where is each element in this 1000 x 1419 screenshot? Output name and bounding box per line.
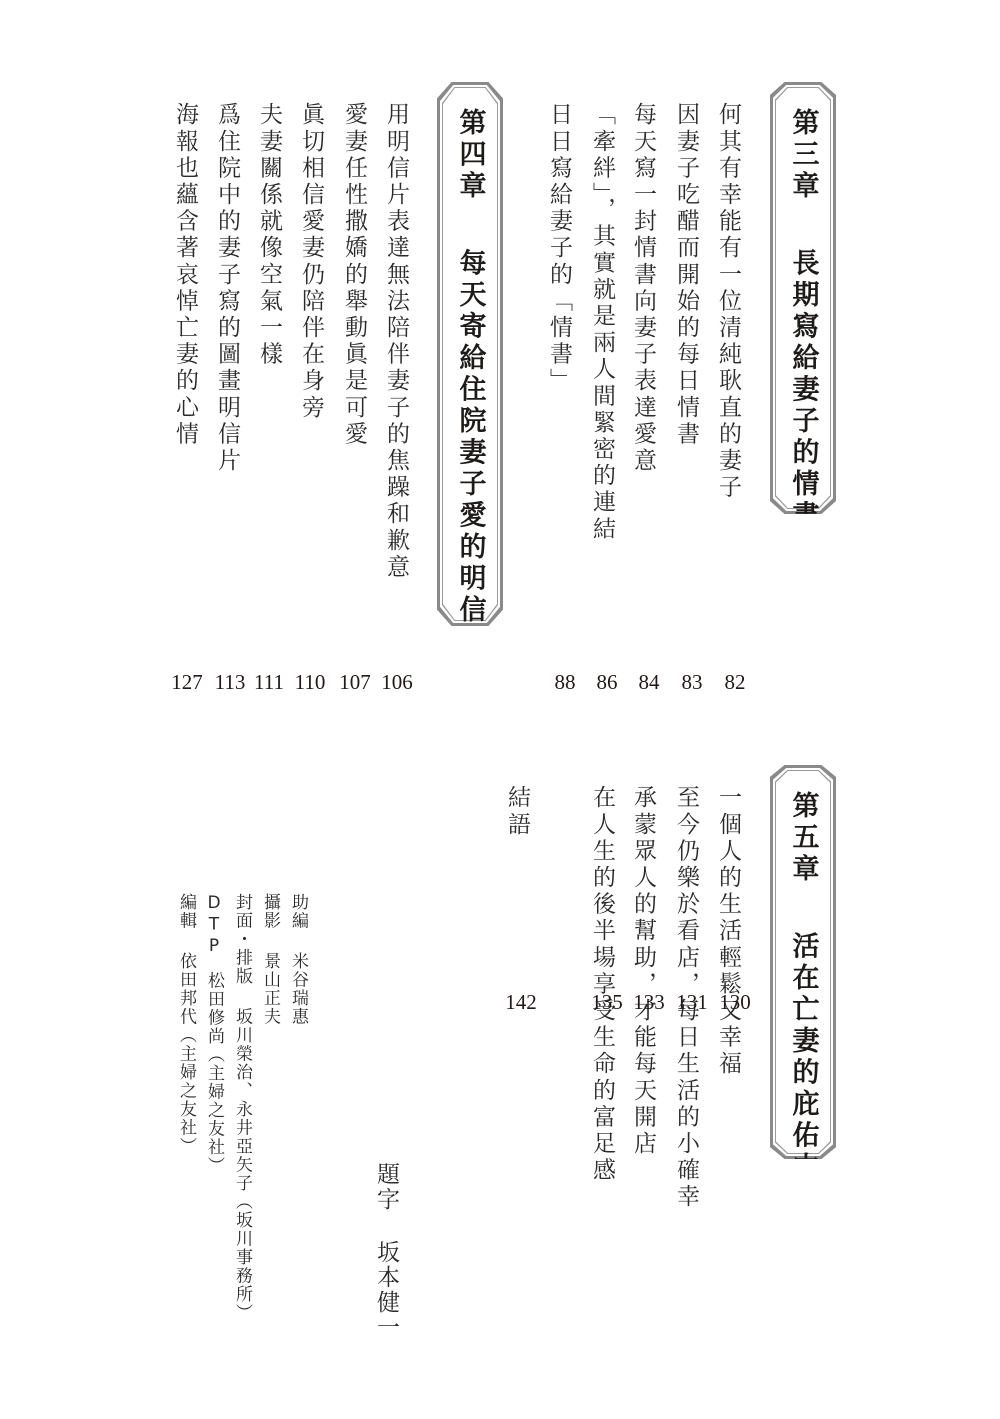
chapter-4-heading-box: 第四章每天寄給住院妻子愛的明信片 [437,82,503,626]
credit-cover-layout: 封面・排版坂川榮治、永井亞矢子（坂川事務所） [233,893,250,1322]
chapter-4-heading: 第四章每天寄給住院妻子愛的明信片 [457,108,484,658]
credit-role: 封面・排版 [232,893,252,986]
page-number: 84 [639,670,660,695]
credit-name: 米谷瑞惠 [288,952,308,1026]
calligraphy-credit: 題字 坂本健一 [374,1162,397,1340]
page-number: 131 [676,990,708,1015]
page-number: 111 [254,670,284,695]
page-number: 133 [633,990,665,1015]
chapter-5-heading: 第五章活在亡妻的庇佑中 [790,791,817,1184]
credit-name: 坂川榮治、永井亞矢子（坂川事務所） [232,1008,252,1323]
credit-editor: 編輯依田邦代（主婦之友社） [177,893,194,1156]
credit-role: 編輯 [176,893,196,930]
page-number: 107 [339,670,371,695]
credit-assistant-editor: 助編米谷瑞惠 [289,893,306,1026]
credit-name: 景山正夫 [260,952,280,1026]
toc-entry-closing[interactable]: 結語 [505,785,528,838]
toc-entry-ch5-1[interactable]: 一個人的生活輕鬆又幸福 [716,785,739,1078]
page-number: 127 [171,670,203,695]
toc-entry-ch4-5[interactable]: 爲住院中的妻子寫的圖畫明信片 [215,102,238,474]
chapter-3-heading-box: 第三章長期寫給妻子的情書 [770,82,836,514]
toc-entry-ch4-6[interactable]: 海報也蘊含著哀悼亡妻的心情 [173,102,196,448]
page-number: 113 [215,670,246,695]
page-number: 106 [381,670,413,695]
chapter-5-title: 活在亡妻的庇佑中 [788,932,819,1184]
page-number: 142 [505,990,537,1015]
credit-role: 助編 [288,893,308,930]
page-number: 135 [591,990,623,1015]
toc-entry-ch4-3[interactable]: 眞切相信愛妻仍陪伴在身旁 [299,102,322,421]
chapter-4-title: 每天寄給住院妻子愛的明信片 [455,249,486,659]
page-number: 82 [725,670,746,695]
toc-entry-ch3-4[interactable]: 「牽絆」，其實就是兩人間緊密的連結 [590,102,613,543]
credit-photography: 攝影景山正夫 [261,893,278,1026]
chapter-5-heading-box: 第五章活在亡妻的庇佑中 [770,765,836,1159]
page-number: 83 [682,670,703,695]
chapter-3-number: 第三章 [788,108,819,203]
credit-role: 攝影 [260,893,280,930]
toc-entry-ch4-4[interactable]: 夫妻關係就像空氣一樣 [257,102,280,368]
credit-role: DTP [204,893,224,958]
page-number: 110 [295,670,326,695]
credit-dtp: DTP松田修尚（主婦之友社） [205,893,222,1175]
credit-name: 依田邦代（主婦之友社） [176,952,196,1156]
chapter-5-number: 第五章 [788,791,819,886]
chapter-4-number: 第四章 [455,108,486,203]
page-number: 88 [555,670,576,695]
toc-entry-ch3-1[interactable]: 何其有幸能有一位清純耿直的妻子 [716,102,739,501]
toc-entry-ch5-3[interactable]: 承蒙眾人的幫助，才能每天開店 [631,785,654,1157]
toc-entry-ch4-2[interactable]: 愛妻任性撒嬌的舉動眞是可愛 [342,102,365,448]
toc-entry-ch3-2[interactable]: 因妻子吃醋而開始的每日情書 [674,102,697,448]
toc-entry-ch3-3[interactable]: 每天寫一封情書向妻子表達愛意 [631,102,654,474]
page-number: 130 [719,990,751,1015]
page-number: 86 [597,670,618,695]
chapter-3-heading: 第三章長期寫給妻子的情書 [790,108,817,532]
credit-name: 松田修尚（主婦之友社） [204,972,224,1176]
toc-entry-ch5-4[interactable]: 在人生的後半場享受生命的富足感 [590,785,613,1184]
toc-entry-ch4-1[interactable]: 用明信片表達無法陪伴妻子的焦躁和歉意 [384,102,407,581]
chapter-3-title: 長期寫給妻子的情書 [788,249,819,533]
toc-entry-ch3-5[interactable]: 日日寫給妻子的「情書」 [547,102,570,395]
